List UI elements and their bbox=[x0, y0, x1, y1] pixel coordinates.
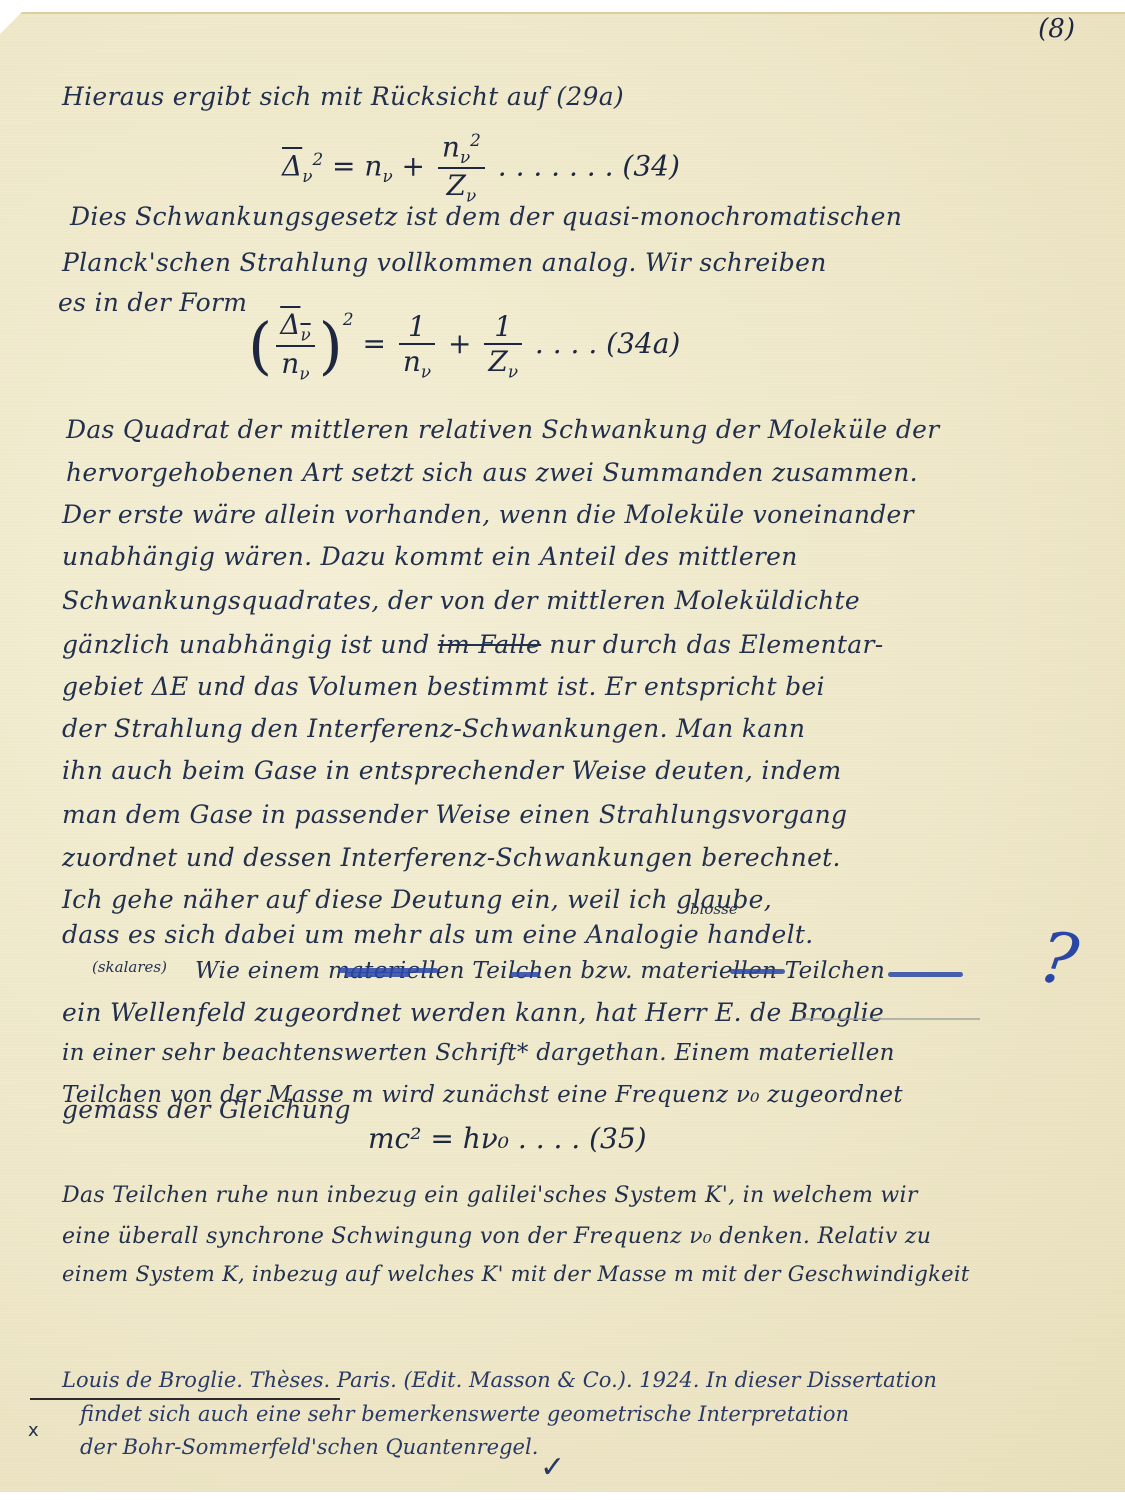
equation-35: mc² = hν₀ . . . . (35) bbox=[368, 1122, 647, 1155]
text-line-22: gemäss der Gleichung bbox=[62, 1095, 351, 1124]
text-line-19: ein Wellenfeld zugeordnet werden kann, h… bbox=[62, 998, 884, 1027]
text-line-11: gebiet ΔE und das Volumen bestimmt ist. … bbox=[62, 672, 825, 701]
text-line-8: unabhängig wären. Dazu kommt ein Anteil … bbox=[62, 542, 798, 571]
text-line-14: man dem Gase in passender Weise einen St… bbox=[62, 800, 847, 829]
text-line-9: Schwankungsquadrates, der von der mittle… bbox=[62, 586, 860, 615]
blue-underline-3 bbox=[730, 969, 785, 974]
text-line-23: Das Teilchen ruhe nun inbezug ein galile… bbox=[62, 1183, 918, 1208]
blue-underline-2 bbox=[510, 972, 540, 977]
text-line-17: dass es sich dabei um mehr als um eine A… bbox=[62, 920, 813, 949]
text-line-4: es in der Form bbox=[58, 288, 247, 317]
footnote-marker: x bbox=[28, 1420, 39, 1441]
footnote-line-2: findet sich auch eine sehr bemerkenswert… bbox=[80, 1402, 849, 1426]
text-line-25: einem System K, inbezug auf welches K' m… bbox=[62, 1262, 970, 1286]
text-line-10: gänzlich unabhängig ist und im Falle nur… bbox=[62, 630, 884, 659]
text-line-12: der Strahlung den Interferenz-Schwankung… bbox=[62, 714, 805, 743]
footnote-line-1: Louis de Broglie. Thèses. Paris. (Edit. … bbox=[62, 1368, 937, 1392]
equation-34: Δν2 = nν + nν2 Zν . . . . . . . (34) bbox=[282, 130, 680, 206]
insertion-skalares: (skalares) bbox=[92, 958, 167, 976]
text-line-3: Planck'schen Strahlung vollkommen analog… bbox=[62, 248, 827, 277]
text-line-7: Der erste wäre allein vorhanden, wenn di… bbox=[62, 500, 914, 529]
text-line-6: hervorgehobenen Art setzt sich aus zwei … bbox=[66, 458, 918, 487]
equation-label: (34) bbox=[622, 149, 679, 182]
footnote-line-3: der Bohr-Sommerfeld'schen Quantenregel. bbox=[80, 1435, 538, 1459]
text-line-13: ihn auch beim Gase in entsprechender Wei… bbox=[62, 756, 842, 785]
pencil-underline bbox=[800, 1018, 980, 1020]
text-line-5: Das Quadrat der mittleren relativen Schw… bbox=[66, 415, 940, 444]
text-line-20: in einer sehr beachtenswerten Schrift* d… bbox=[62, 1040, 895, 1066]
text-line-16: Ich gehe näher auf diese Deutung ein, we… bbox=[62, 885, 772, 914]
struck-text: im Falle bbox=[438, 630, 541, 659]
insertion-blosse: blosse bbox=[690, 900, 738, 918]
text-line-15: zuordnet und dessen Interferenz-Schwanku… bbox=[62, 843, 841, 872]
equation-label: (34a) bbox=[606, 327, 680, 360]
blue-underline-4 bbox=[888, 972, 963, 977]
page-number: (8) bbox=[1038, 14, 1075, 44]
text-line-2: Dies Schwankungsgesetz ist dem der quasi… bbox=[70, 202, 902, 231]
footnote-rule bbox=[30, 1398, 340, 1400]
check-mark-icon: ✓ bbox=[540, 1450, 565, 1485]
blue-underline-1 bbox=[345, 972, 410, 977]
text-line-1: Hieraus ergibt sich mit Rücksicht auf (2… bbox=[62, 82, 624, 111]
equation-label: (35) bbox=[589, 1122, 646, 1155]
text-line-24: eine überall synchrone Schwingung von de… bbox=[62, 1224, 931, 1249]
equation-34a: ( Δν nν )2 = 1 nν + 1 Zν . . . . (34a) bbox=[248, 308, 680, 383]
